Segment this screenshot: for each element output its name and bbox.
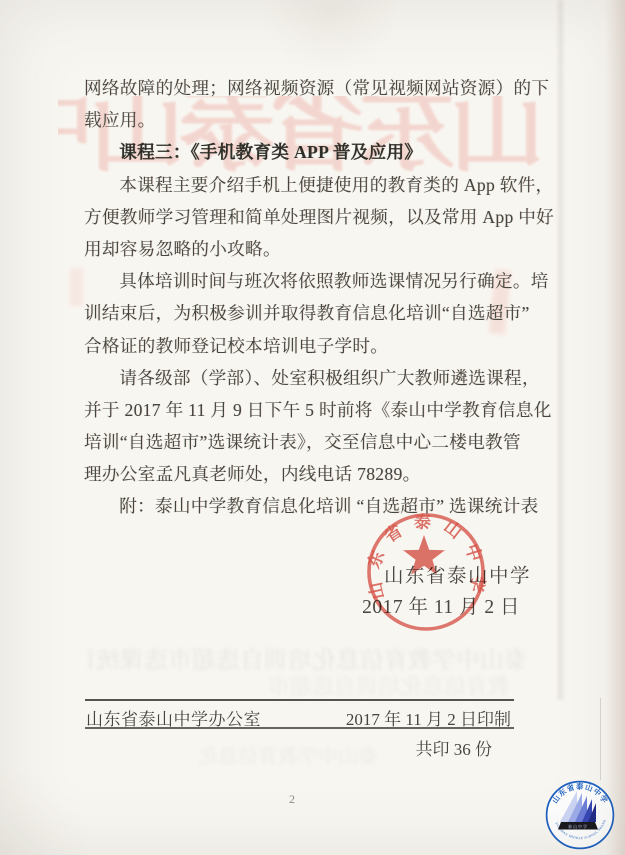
scan-edge-shade: [605, 0, 625, 855]
body-line: 方便教师学习管理和简单处理图片视频，以及常用 App 中好: [84, 201, 562, 233]
scan-vertical-line: [600, 698, 601, 780]
ghost-bleedthrough-text: 教育信息化培训自选超市: [130, 670, 510, 701]
scanned-document-page: 山东省泰山中学 泰山中学教育信息化培训自选超市选课统计表 教育信息化培训自选超市…: [0, 0, 625, 855]
body-line: 并于 2017 年 11 月 9 日下午 5 时前将《泰山中学教育信息化: [84, 394, 562, 426]
ghost-bleedthrough-text: 泰山中学教育信息化培训自选超市选课统计表: [88, 640, 528, 675]
body-line: 具体培训时间与班次将依照教师选课情况另行确定。培: [84, 265, 562, 297]
footer-rule-top: [85, 699, 514, 701]
body-line: 用却容易忽略的小攻略。: [84, 233, 562, 265]
body-line: 网络故障的处理；网络视频资源（常见视频网站资源）的下: [84, 72, 562, 104]
body-line: 课程三：《手机教育类 APP 普及应用》: [84, 136, 562, 168]
body-line: 载应用。: [84, 104, 562, 136]
body-line: 培训“自选超市”选课统计表》，交至信息中心二楼电教管: [84, 426, 562, 458]
body-line: 理办公室孟凡真老师处，内线电话 78289。: [84, 458, 562, 490]
ghost-bleedthrough-text: 泰山中学教育信息化: [88, 740, 378, 769]
body-line: 本课程主要介绍手机上便捷使用的教育类的 App 软件，: [84, 169, 562, 201]
body-line: 训结束后，为积极参训并取得教育信息化培训“自选超市”: [84, 297, 562, 329]
seal-star-icon: [403, 535, 445, 575]
body-line: 合格证的教师登记校本培训电子学时。: [84, 330, 562, 362]
official-seal: 山东省泰山中学: [364, 510, 492, 638]
logo-base-text: 泰山中学: [568, 823, 588, 829]
document-body-text: 网络故障的处理；网络视频资源（常见视频网站资源）的下载应用。课程三：《手机教育类…: [84, 72, 562, 523]
school-logo: 山东省泰山中学 TAI SHAN MIDDLE SCHOOL SHANDONG …: [544, 779, 616, 851]
page-number: 2: [289, 792, 295, 807]
footer-copies-count: 共印 36 份: [416, 735, 493, 760]
body-line: 请各级部（学部）、处室积极组织广大教师遴选课程，: [84, 362, 562, 394]
footer-rule-bottom: [85, 727, 514, 729]
red-bleedthrough-fragment: [70, 268, 83, 306]
